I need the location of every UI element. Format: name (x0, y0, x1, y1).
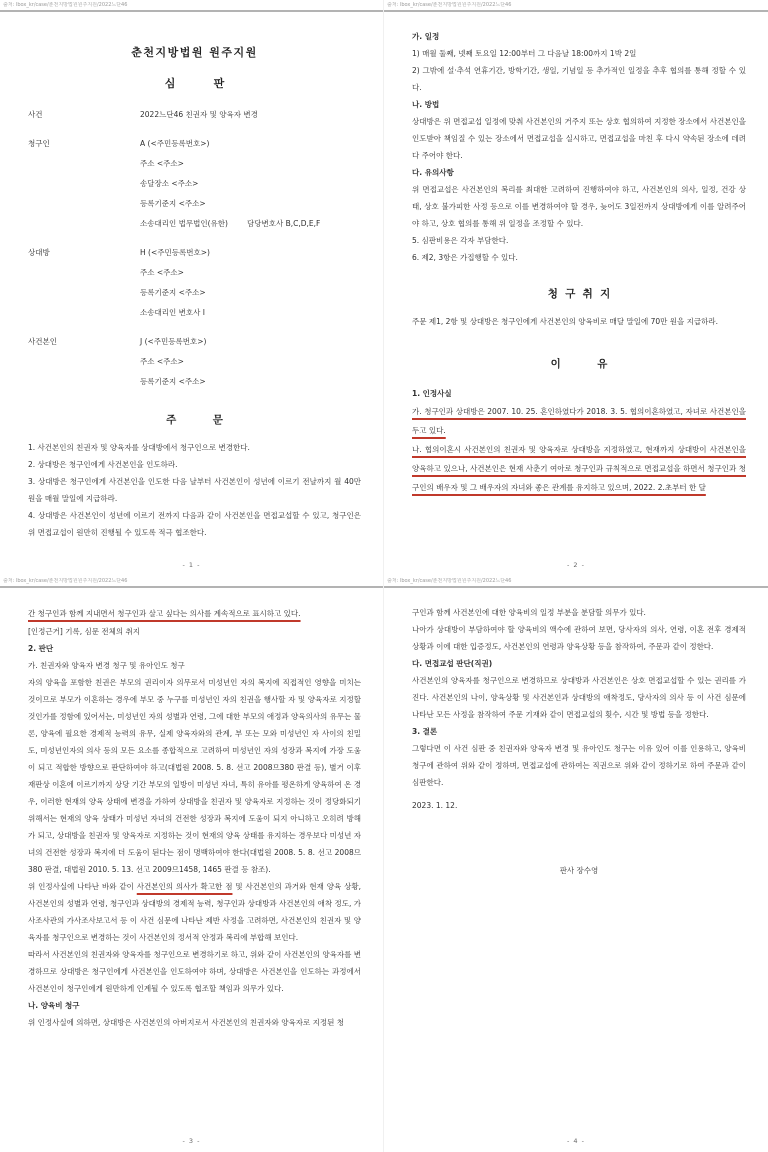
field-value: H (<주민등록번호>) (140, 243, 210, 263)
field-value: 송달장소 <주소> (140, 174, 198, 194)
text-run: 위 인정사실에 나타난 바와 같이 (28, 882, 137, 891)
paragraph-red-underlined: 나. 협의이혼시 사건본인의 친권자 및 양육자로 상대방을 지정하였고, 현재… (412, 440, 746, 497)
field-value: 소송대리인 변호사 I (140, 303, 205, 323)
red-underlined-phrase: 사건본인의 의사가 확고한 점 (137, 882, 233, 891)
field-label (28, 283, 140, 303)
paragraph: 위 인정사실에 의하면, 상대방은 사건본인의 아버지로서 사건본인의 친권자와… (28, 1014, 361, 1031)
page-number: - 4 - (384, 1137, 768, 1145)
party-field-row: 주소 <주소> (28, 352, 361, 372)
spacer (28, 234, 361, 243)
page-number: - 2 - (384, 561, 768, 569)
document-type-title: 심 판 (28, 75, 361, 91)
party-field-row: 주소 <주소> (28, 154, 361, 174)
source-watermark: 출처: lbox_kr/case/춘천지방법원원주지원/2022느단46 (3, 578, 381, 585)
party-field-row: 등록기준지 <주소> (28, 194, 361, 214)
source-watermark: 출처: lbox_kr/case/춘천지방법원원주지원/2022느단46 (387, 2, 766, 9)
paragraph-heading: 가. 일정 (412, 28, 746, 45)
party-field-row: 등록기준지 <주소> (28, 283, 361, 303)
page-1: 출처: lbox_kr/case/춘천지방법원원주지원/2022느단46 춘천지… (0, 0, 384, 576)
paragraph: 4. 상대방은 사건본인이 성년에 이르기 전까지 다음과 같이 사건본인을 면… (28, 507, 361, 541)
spacer (28, 323, 361, 332)
paragraph-mixed: 위 인정사실에 나타난 바와 같이 사건본인의 의사가 확고한 점 및 사건본인… (28, 878, 361, 946)
spacer (28, 125, 361, 134)
paragraph-heading: 2. 판단 (28, 640, 361, 657)
section-title: 이 유 (412, 356, 746, 371)
field-label: 청구인 (28, 134, 140, 154)
paragraph: 2) 그밖에 설·추석 연휴기간, 방학기간, 생일, 기념일 등 추가적인 일… (412, 62, 746, 96)
field-label (28, 194, 140, 214)
judge-signature: 판사 장수영 (412, 862, 746, 879)
paragraph: [인정근거] 기록, 심문 전체의 취지 (28, 623, 361, 640)
party-field-row: 주소 <주소> (28, 263, 361, 283)
page-2-body: 가. 일정1) 매월 둘째, 넷째 토요일 12:00부터 그 다음날 18:0… (384, 12, 768, 550)
party-field-row: 소송대리인 법무법인(유한) 담당변호사 B,C,D,E,F (28, 214, 361, 234)
field-label: 사건본인 (28, 332, 140, 352)
field-value: J (<주민등록번호>) (140, 332, 207, 352)
paragraph: 자의 양육을 포함한 친권은 부모의 권리이자 의무로서 미성년인 자의 복지에… (28, 674, 361, 878)
field-label (28, 303, 140, 323)
paragraph: 6. 제2, 3항은 가집행할 수 있다. (412, 249, 746, 266)
page-3: 출처: lbox_kr/case/춘천지방법원원주지원/2022느단46 간 청… (0, 576, 384, 1152)
paragraph-heading: 나. 방법 (412, 96, 746, 113)
paragraph: 주문 제1, 2항 및 상대방은 청구인에게 사건본인의 양육비로 매달 말일에… (412, 313, 746, 330)
party-field-row: 등록기준지 <주소> (28, 372, 361, 392)
field-value: 주소 <주소> (140, 154, 184, 174)
page-number: - 1 - (0, 561, 383, 569)
paragraph-heading: 다. 면접교섭 판단(직권) (412, 655, 746, 672)
field-value: 등록기준지 <주소> (140, 372, 206, 392)
document-viewer: { "watermark": "출처: lbox_kr/case/춘천지방법원원… (0, 0, 768, 1152)
paragraph: 나아가 상대방이 부담하여야 할 양육비의 액수에 관하여 보면, 당사자의 의… (412, 621, 746, 655)
page-3-body: 간 청구인과 함께 지내면서 청구인과 살고 싶다는 의사를 계속적으로 표시하… (0, 588, 383, 1126)
decision-date: 2023. 1. 12. (412, 797, 746, 814)
paragraph: 그렇다면 이 사건 심판 중 친권자와 양육자 변경 및 유아인도 청구는 이유… (412, 740, 746, 791)
paragraph-heading: 다. 유의사항 (412, 164, 746, 181)
section-title: 주 문 (28, 412, 361, 427)
paragraph: 가. 친권자와 양육자 변경 청구 및 유아인도 청구 (28, 657, 361, 674)
field-label (28, 174, 140, 194)
source-watermark: 출처: lbox_kr/case/춘천지방법원원주지원/2022느단46 (3, 2, 381, 9)
text-run: 및 사건본인의 과거와 현재 양육 상황, 사건본인의 성별과 연령, 청구인과… (28, 882, 361, 942)
field-label: 상대방 (28, 243, 140, 263)
field-value: 등록기준지 <주소> (140, 283, 206, 303)
page-4-body: 구인과 함께 사건본인에 대한 양육비의 일정 부분을 분담할 의무가 있다.나… (384, 588, 768, 1126)
paragraph: 5. 심판비용은 각자 부담한다. (412, 232, 746, 249)
field-label (28, 352, 140, 372)
page-1-body: 춘천지방법원 원주지원심 판사건2022느단46 친권자 및 양육자 변경청구인… (0, 12, 383, 550)
field-label: 사건 (28, 105, 140, 125)
page-4: 출처: lbox_kr/case/춘천지방법원원주지원/2022느단46 구인과… (384, 576, 768, 1152)
paragraph: 사건본인의 양육자를 청구인으로 변경하므로 상대방과 사건본인은 상호 면접교… (412, 672, 746, 723)
paragraph: 1. 사건본인의 친권자 및 양육자를 상대방에서 청구인으로 변경한다. (28, 439, 361, 456)
party-field-row: 사건2022느단46 친권자 및 양육자 변경 (28, 105, 361, 125)
paragraph-red-underlined: 간 청구인과 함께 지내면서 청구인과 살고 싶다는 의사를 계속적으로 표시하… (28, 604, 361, 623)
field-label (28, 263, 140, 283)
source-watermark: 출처: lbox_kr/case/춘천지방법원원주지원/2022느단46 (387, 578, 766, 585)
field-value: 주소 <주소> (140, 352, 184, 372)
paragraph-red-underlined: 가. 청구인과 상대방은 2007. 10. 25. 혼인하였다가 2018. … (412, 402, 746, 440)
paragraph-heading: 1. 인정사실 (412, 385, 746, 402)
field-label (28, 214, 140, 234)
paragraph: 위 면접교섭은 사건본인의 복리를 최대한 고려하여 진행하여야 하고, 사건본… (412, 181, 746, 232)
party-field-row: 사건본인J (<주민등록번호>) (28, 332, 361, 352)
paragraph-heading: 나. 양육비 청구 (28, 997, 361, 1014)
court-name: 춘천지방법원 원주지원 (28, 44, 361, 60)
paragraph: 상대방은 위 면접교섭 일정에 맞춰 사건본인의 거주지 또는 상호 협의하여 … (412, 113, 746, 164)
party-field-row: 송달장소 <주소> (28, 174, 361, 194)
field-value: 주소 <주소> (140, 263, 184, 283)
paragraph-heading: 3. 결론 (412, 723, 746, 740)
paragraph: 3. 상대방은 청구인에게 사건본인을 인도한 다음 날부터 사건본인이 성년에… (28, 473, 361, 507)
section-title: 청 구 취 지 (412, 286, 746, 301)
party-field-row: 청구인A (<주민등록번호>) (28, 134, 361, 154)
page-number: - 3 - (0, 1137, 383, 1145)
paragraph: 1) 매월 둘째, 넷째 토요일 12:00부터 그 다음날 18:00까지 1… (412, 45, 746, 62)
field-label (28, 154, 140, 174)
paragraph: 구인과 함께 사건본인에 대한 양육비의 일정 부분을 분담할 의무가 있다. (412, 604, 746, 621)
field-value: A (<주민등록번호>) (140, 134, 209, 154)
field-value: 소송대리인 법무법인(유한) 담당변호사 B,C,D,E,F (140, 214, 320, 234)
party-field-row: 상대방H (<주민등록번호>) (28, 243, 361, 263)
field-value: 등록기준지 <주소> (140, 194, 206, 214)
paragraph: 2. 상대방은 청구인에게 사건본인을 인도하라. (28, 456, 361, 473)
page-2: 출처: lbox_kr/case/춘천지방법원원주지원/2022느단46 가. … (384, 0, 768, 576)
paragraph: 따라서 사건본인의 친권자와 양육자를 청구인으로 변경하기로 하고, 위와 같… (28, 946, 361, 997)
party-field-row: 소송대리인 변호사 I (28, 303, 361, 323)
field-value: 2022느단46 친권자 및 양육자 변경 (140, 105, 258, 125)
field-label (28, 372, 140, 392)
